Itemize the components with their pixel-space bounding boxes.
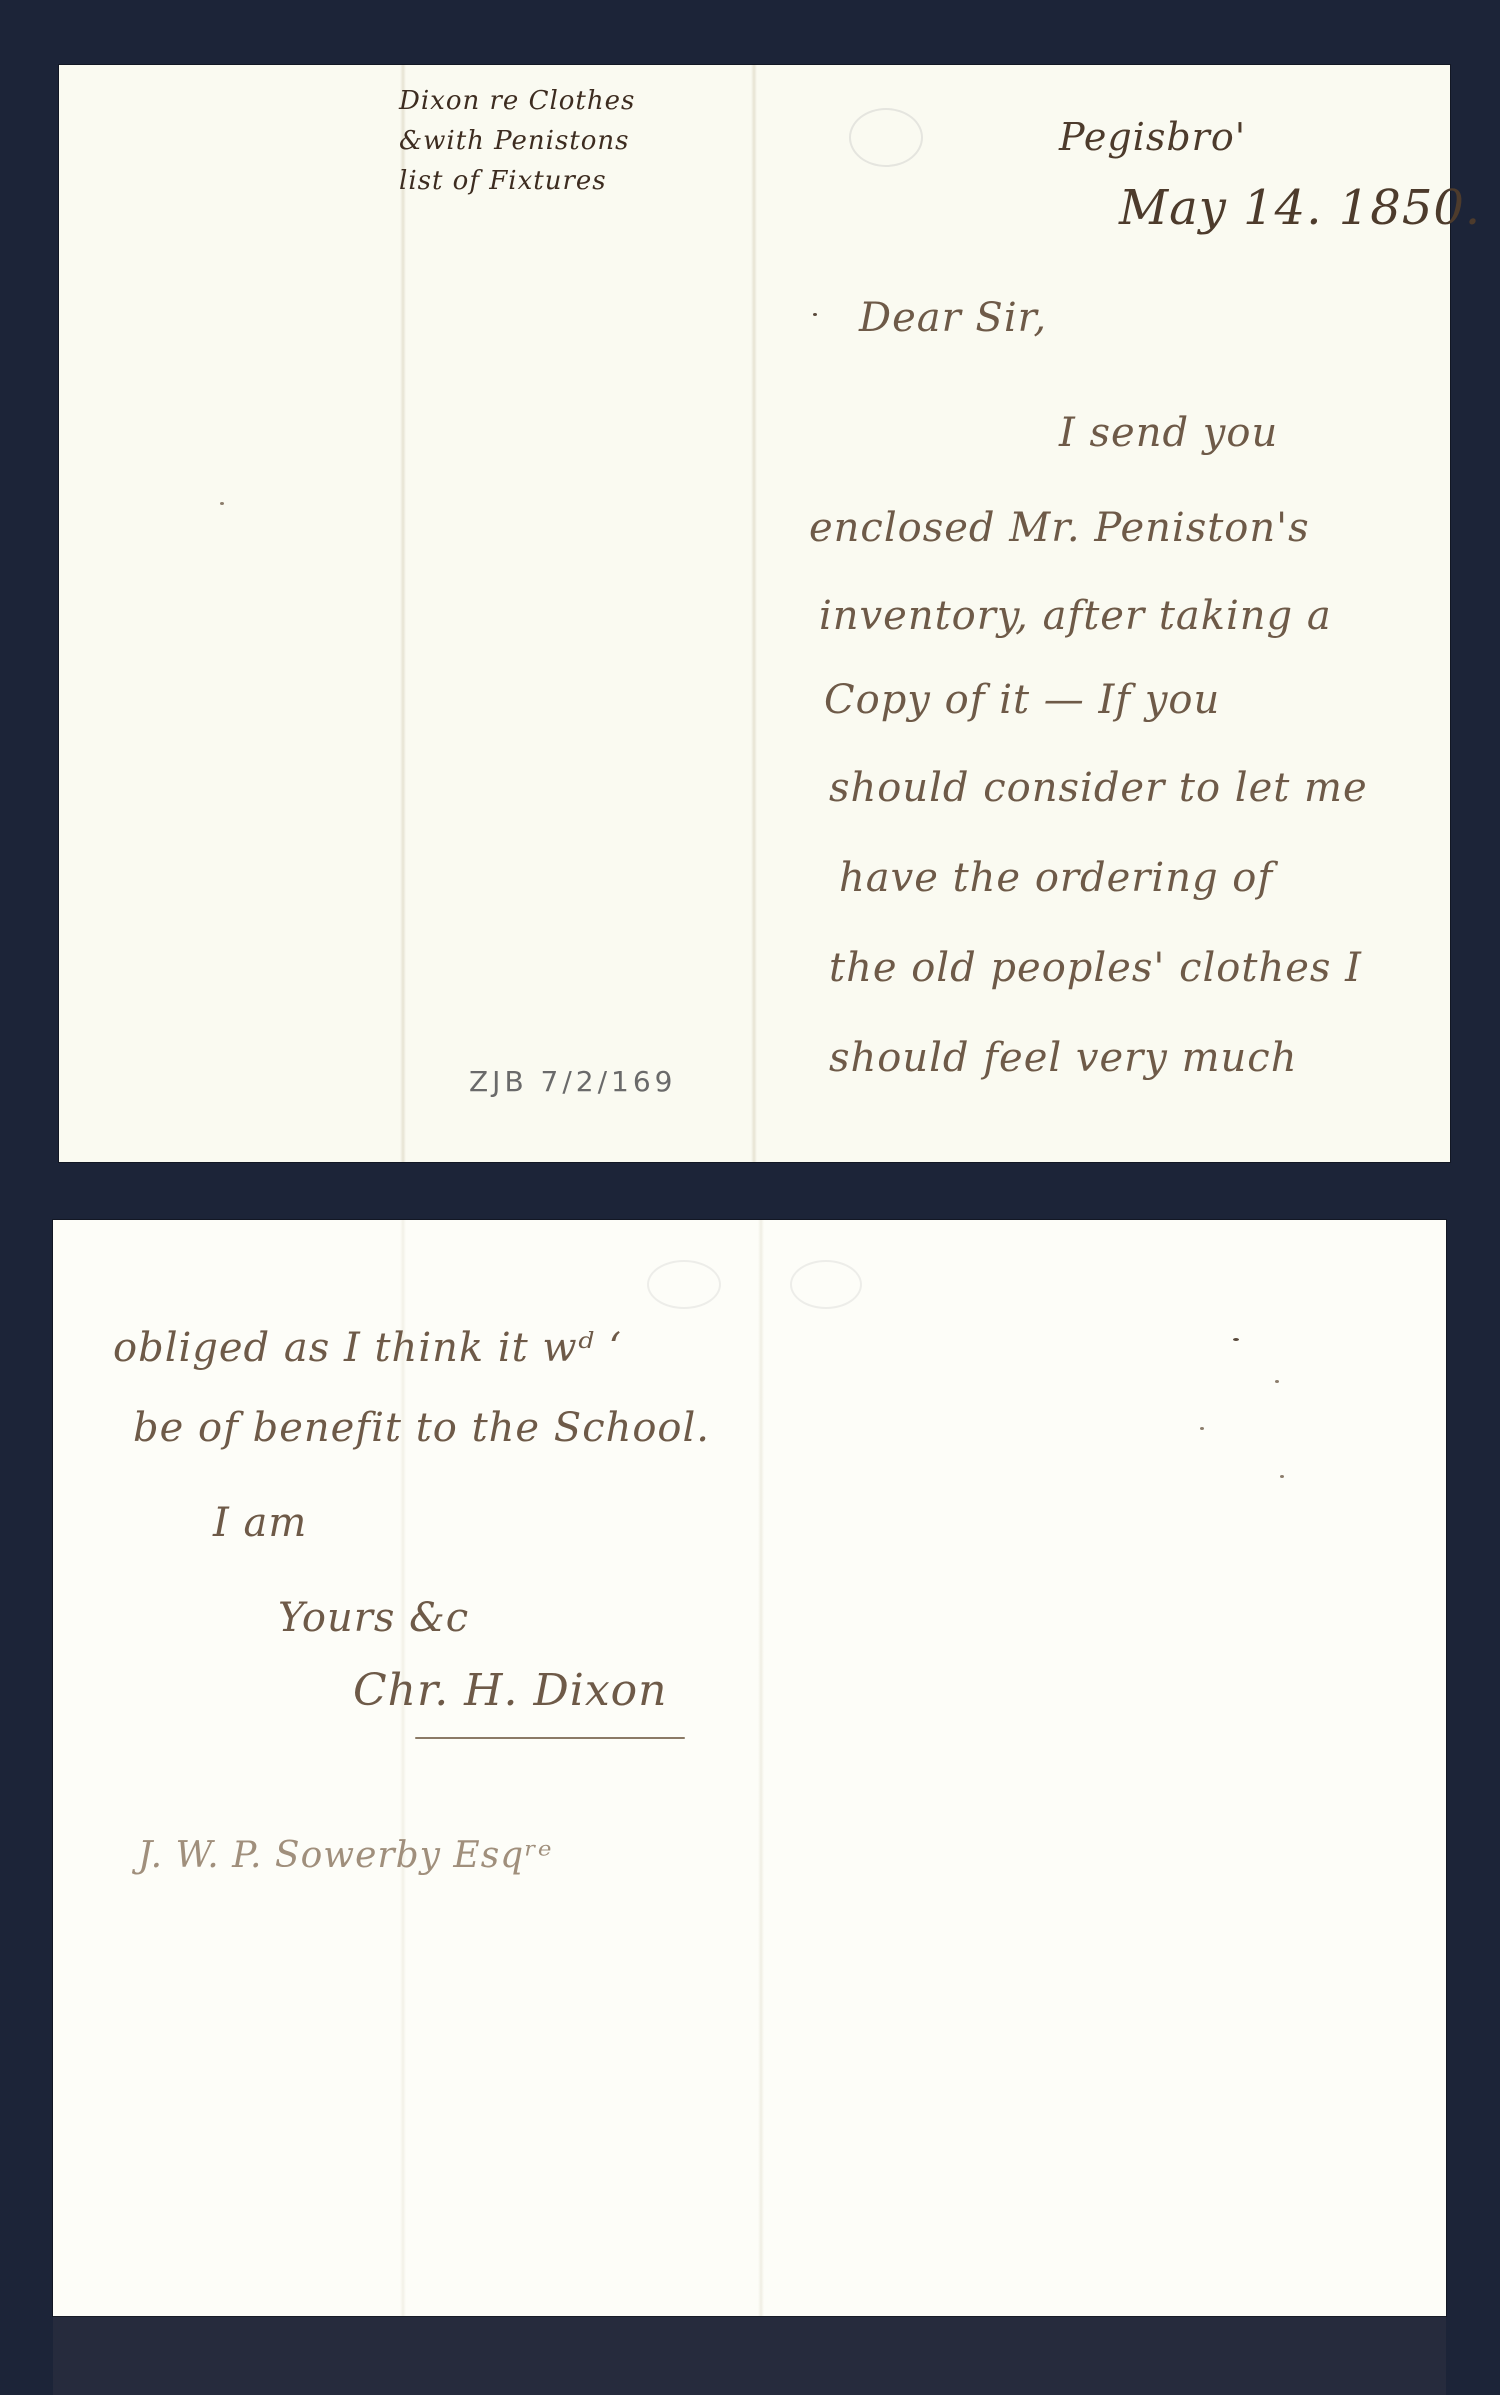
body-line: should consider to let me <box>829 765 1368 811</box>
signature-underline <box>415 1737 685 1739</box>
archive-reference: ZJB 7/2/169 <box>469 1065 677 1098</box>
fold-line <box>400 65 406 1162</box>
embossed-stamp-icon <box>849 108 923 167</box>
docket-line: list of Fixtures <box>399 161 635 201</box>
body-line: Copy of it — If you <box>824 677 1220 723</box>
ink-speck <box>1200 1427 1204 1430</box>
body-line: I send you <box>1059 410 1278 456</box>
embossed-stamp-icon <box>647 1260 721 1309</box>
docket-line: &with Penistons <box>399 121 635 161</box>
body-line: enclosed Mr. Peniston's <box>809 505 1310 551</box>
closing-line: Yours &c <box>278 1595 469 1641</box>
docket-line: Dixon re Clothes <box>399 81 635 121</box>
salutation: Dear Sir, <box>859 295 1047 341</box>
fold-line <box>758 1220 764 2316</box>
addressee: J. W. P. Sowerby Esqʳᵉ <box>138 1835 553 1876</box>
mount-lower-strip <box>53 2316 1446 2395</box>
ink-speck <box>220 502 224 505</box>
letter-place: Pegisbro' <box>1059 115 1246 159</box>
body-line: should feel very much <box>829 1035 1297 1081</box>
body-line: the old peoples' clothes I <box>829 945 1362 991</box>
body-line: obliged as I think it wᵈ ʻ <box>113 1325 622 1371</box>
embossed-stamp-icon <box>790 1260 862 1309</box>
letter-page-2: obliged as I think it wᵈ ʻ be of benefit… <box>53 1220 1446 2316</box>
letter-date: May 14. 1850. <box>1119 180 1481 236</box>
fold-line <box>751 65 757 1162</box>
ink-speck <box>1233 1338 1239 1341</box>
body-line: inventory, after taking a <box>819 593 1332 639</box>
ink-speck <box>1275 1380 1279 1383</box>
letter-page-1: Dixon re Clothes &with Penistons list of… <box>59 65 1450 1162</box>
ink-speck <box>813 313 817 316</box>
body-line: be of benefit to the School. <box>133 1405 710 1451</box>
ink-speck <box>1280 1475 1284 1478</box>
signature: Chr. H. Dixon <box>353 1665 668 1716</box>
docket-note: Dixon re Clothes &with Penistons list of… <box>399 81 635 201</box>
fold-line <box>400 1220 406 2316</box>
closing-line: I am <box>213 1500 307 1546</box>
body-line: have the ordering of <box>839 855 1273 901</box>
